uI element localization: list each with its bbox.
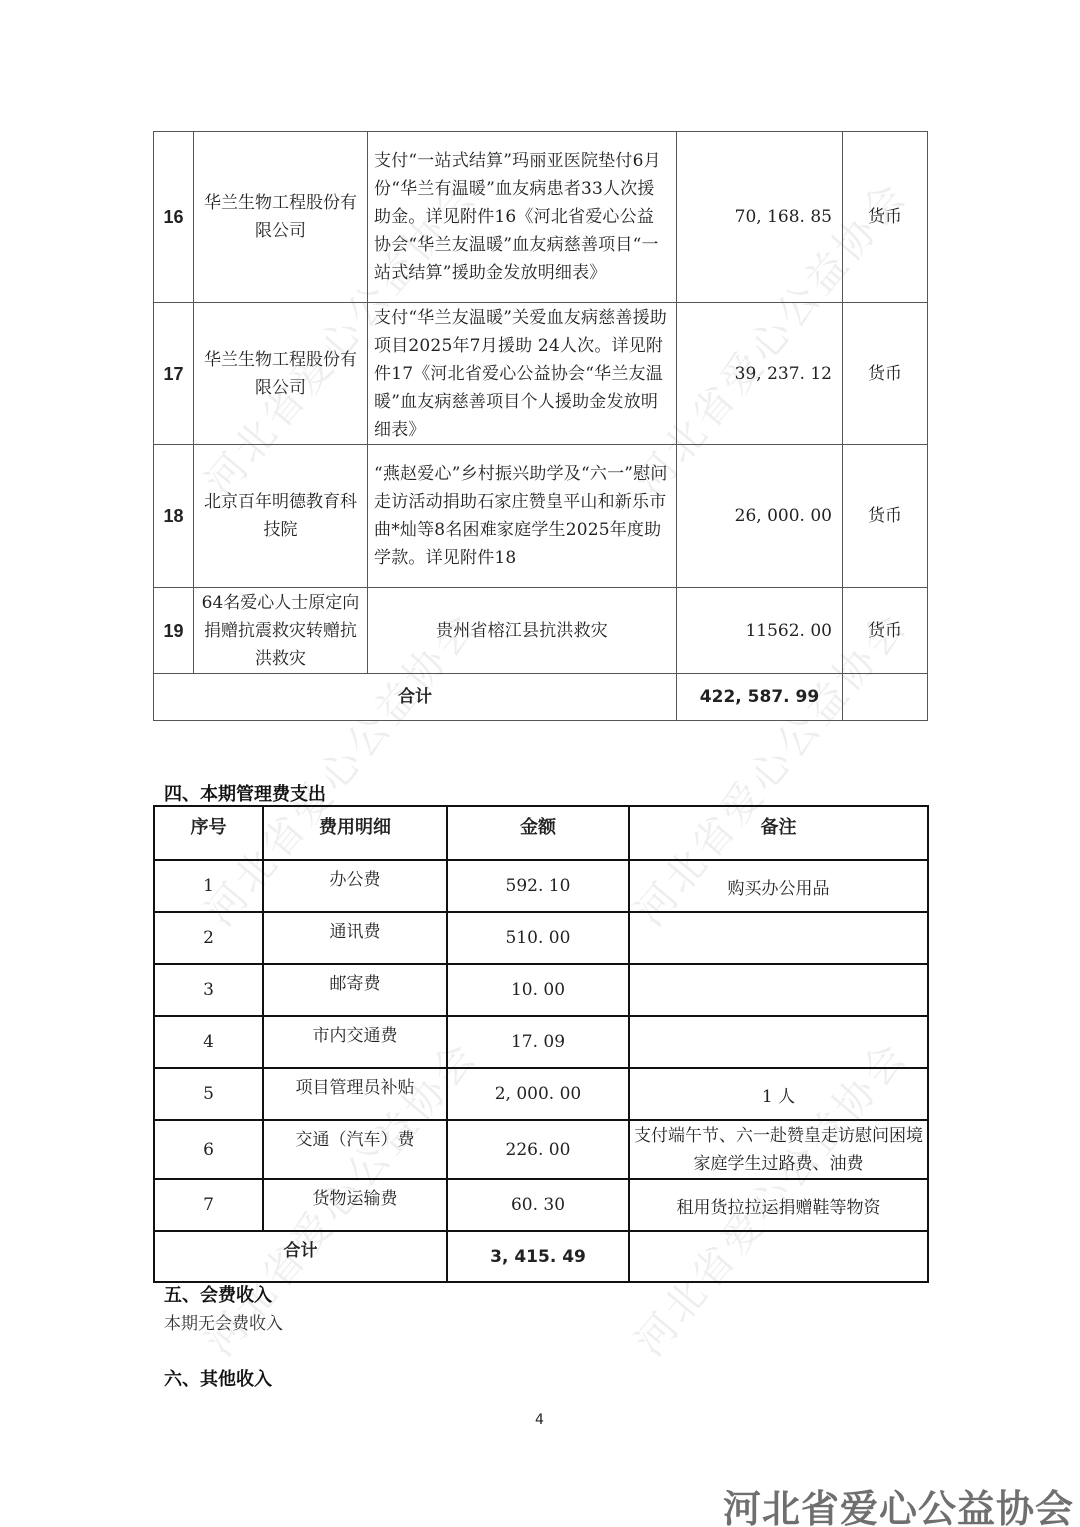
table-row: 3 邮寄费 10. 00 (154, 964, 928, 1016)
row-number: 6 (154, 1120, 263, 1179)
fee-item: 邮寄费 (263, 964, 447, 1016)
total-row: 合计 422, 587. 99 (154, 674, 928, 721)
purpose-text: 支付“华兰友温暖”关爱血友病慈善援助项目2025年7月援助 24人次。详见附件1… (368, 303, 677, 445)
fee-amount: 17. 09 (447, 1016, 629, 1068)
document-page: 河北省爱心公益协会 河北省爱心公益协会 河北省爱心公益协会 河北省爱心公益协会 … (0, 0, 1080, 1527)
amount: 70, 168. 85 (677, 132, 843, 303)
table-row: 7 货物运输费 60. 30 租用货拉拉运捐赠鞋等物资 (154, 1179, 928, 1231)
donor-name: 北京百年明德教育科技院 (194, 445, 368, 588)
fee-note (629, 964, 928, 1016)
fee-amount: 510. 00 (447, 912, 629, 964)
donation-expenditure-table: 16 华兰生物工程股份有限公司 支付“一站式结算”玛丽亚医院垫付6月份“华兰有温… (153, 131, 928, 721)
donor-name: 64名爱心人士原定向捐赠抗震救灾转赠抗洪救灾 (194, 588, 368, 674)
table-row: 19 64名爱心人士原定向捐赠抗震救灾转赠抗洪救灾 贵州省榕江县抗洪救灾 115… (154, 588, 928, 674)
donor-name: 华兰生物工程股份有限公司 (194, 132, 368, 303)
header-amount: 金额 (447, 806, 629, 860)
fee-amount: 2, 000. 00 (447, 1068, 629, 1120)
section-heading-membership-income: 五、会费收入 (164, 1281, 272, 1307)
purpose-text: 支付“一站式结算”玛丽亚医院垫付6月份“华兰有温暖”血友病患者33人次援助金。详… (368, 132, 677, 303)
total-amount: 3, 415. 49 (447, 1231, 629, 1282)
amount: 26, 000. 00 (677, 445, 843, 588)
fee-item: 通讯费 (263, 912, 447, 964)
row-number: 16 (154, 132, 194, 303)
fee-note: 租用货拉拉运捐赠鞋等物资 (629, 1179, 928, 1231)
membership-income-text: 本期无会费收入 (164, 1309, 283, 1334)
fee-amount: 10. 00 (447, 964, 629, 1016)
empty-cell (843, 674, 928, 721)
fee-item: 办公费 (263, 860, 447, 912)
amount: 39, 237. 12 (677, 303, 843, 445)
total-label: 合计 (154, 674, 677, 721)
header-no: 序号 (154, 806, 263, 860)
donation-type: 货币 (843, 132, 928, 303)
donation-type: 货币 (843, 445, 928, 588)
header-item: 费用明细 (263, 806, 447, 860)
row-number: 4 (154, 1016, 263, 1068)
management-fee-table: 序号 费用明细 金额 备注 1 办公费 592. 10 购买办公用品 2 通讯费… (153, 805, 929, 1283)
total-amount: 422, 587. 99 (677, 674, 843, 721)
donation-type: 货币 (843, 303, 928, 445)
table-row: 4 市内交通费 17. 09 (154, 1016, 928, 1068)
empty-cell (629, 1231, 928, 1282)
page-number: 4 (535, 1412, 544, 1428)
row-number: 19 (154, 588, 194, 674)
footer-brand-logo: 河北省爱心公益协会 (723, 1478, 1074, 1527)
fee-amount: 60. 30 (447, 1179, 629, 1231)
fee-note (629, 912, 928, 964)
fee-amount: 592. 10 (447, 860, 629, 912)
table-row: 6 交通（汽车）费 226. 00 支付端午节、六一赴赞皇走访慰问困境家庭学生过… (154, 1120, 928, 1179)
purpose-text: 贵州省榕江县抗洪救灾 (368, 588, 677, 674)
fee-note: 1 人 (629, 1068, 928, 1120)
section-heading-other-income: 六、其他收入 (164, 1365, 272, 1391)
fee-item: 交通（汽车）费 (263, 1120, 447, 1179)
row-number: 3 (154, 964, 263, 1016)
row-number: 7 (154, 1179, 263, 1231)
table-row: 18 北京百年明德教育科技院 “燕赵爱心”乡村振兴助学及“六一”慰问走访活动捐助… (154, 445, 928, 588)
purpose-text: “燕赵爱心”乡村振兴助学及“六一”慰问走访活动捐助石家庄赞皇平山和新乐市曲*灿等… (368, 445, 677, 588)
row-number: 17 (154, 303, 194, 445)
table-row: 16 华兰生物工程股份有限公司 支付“一站式结算”玛丽亚医院垫付6月份“华兰有温… (154, 132, 928, 303)
fee-item: 项目管理员补贴 (263, 1068, 447, 1120)
table-row: 2 通讯费 510. 00 (154, 912, 928, 964)
table-row: 1 办公费 592. 10 购买办公用品 (154, 860, 928, 912)
fee-note (629, 1016, 928, 1068)
section-heading-management-fees: 四、本期管理费支出 (164, 780, 326, 806)
table-row: 17 华兰生物工程股份有限公司 支付“华兰友温暖”关爱血友病慈善援助项目2025… (154, 303, 928, 445)
fee-amount: 226. 00 (447, 1120, 629, 1179)
table-row: 5 项目管理员补贴 2, 000. 00 1 人 (154, 1068, 928, 1120)
total-label: 合计 (154, 1231, 447, 1282)
row-number: 18 (154, 445, 194, 588)
donation-type: 货币 (843, 588, 928, 674)
amount: 11562. 00 (677, 588, 843, 674)
donor-name: 华兰生物工程股份有限公司 (194, 303, 368, 445)
row-number: 2 (154, 912, 263, 964)
header-note: 备注 (629, 806, 928, 860)
row-number: 5 (154, 1068, 263, 1120)
fee-item: 货物运输费 (263, 1179, 447, 1231)
fee-item: 市内交通费 (263, 1016, 447, 1068)
fee-note: 支付端午节、六一赴赞皇走访慰问困境家庭学生过路费、油费 (629, 1120, 928, 1179)
fee-note: 购买办公用品 (629, 860, 928, 912)
table-header-row: 序号 费用明细 金额 备注 (154, 806, 928, 860)
total-row: 合计 3, 415. 49 (154, 1231, 928, 1282)
row-number: 1 (154, 860, 263, 912)
